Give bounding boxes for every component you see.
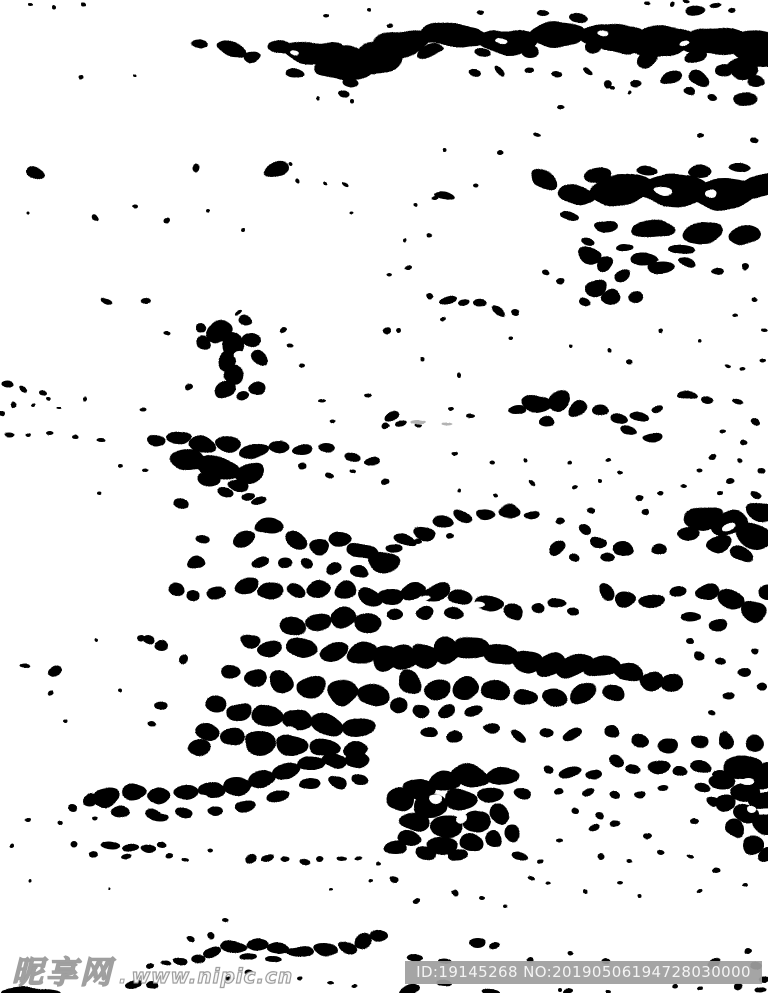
texture-image: 昵享网. www.nipic.cn ID:19145268 NO:2019050… [0,0,768,993]
id-watermark-badge: ID:19145268 NO:20190506194728030000 [405,961,762,984]
grunge-texture [0,0,768,993]
gray-dash-layer [410,420,454,425]
blob-layer-black [0,0,768,993]
